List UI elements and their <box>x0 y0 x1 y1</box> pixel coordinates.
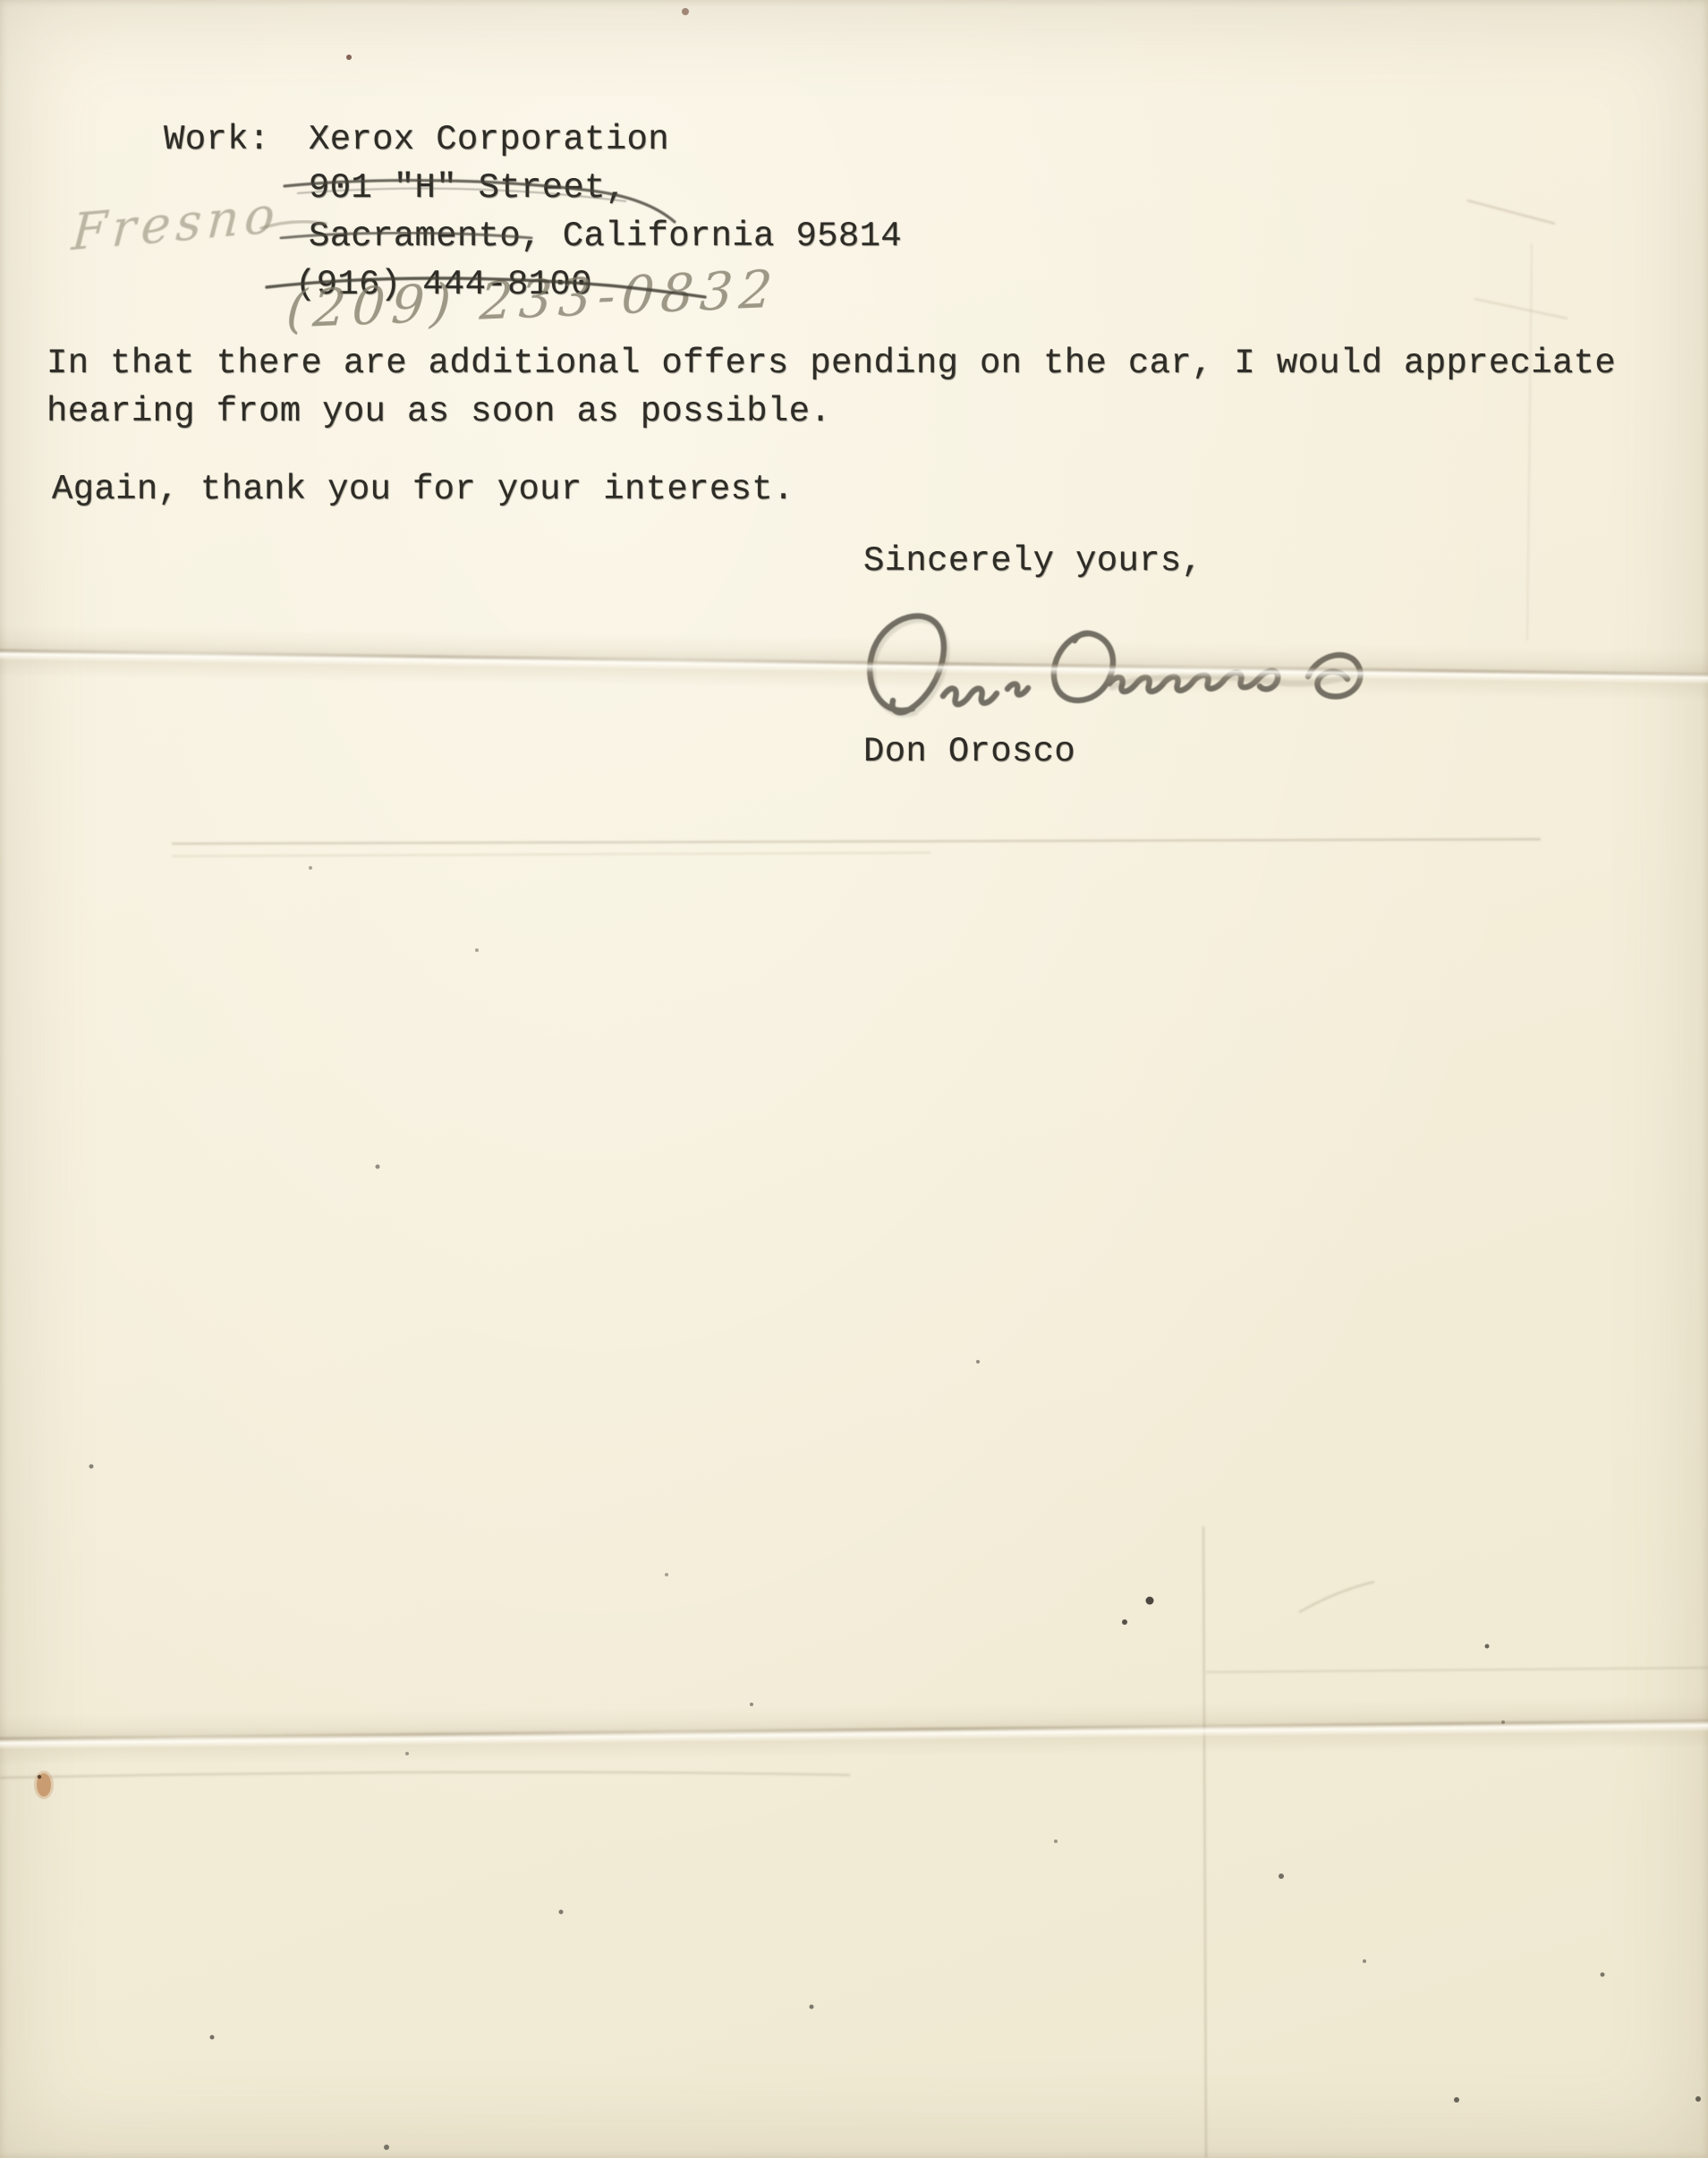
body-paragraph1-line2: hearing from you as soon as possible. <box>47 391 831 432</box>
handwritten-location: Fresno <box>70 186 282 263</box>
fold-crease-bottom <box>0 1696 1708 1766</box>
body-paragraph1-line1: In that there are additional offers pend… <box>47 343 1616 384</box>
company-name: Xerox Corporation <box>309 119 669 160</box>
fold-crease-top <box>0 624 1708 701</box>
city-state-zip: California 95814 <box>563 217 902 256</box>
stain-spot <box>34 1771 54 1799</box>
work-label: Work: <box>164 119 270 160</box>
street-address-struck: 901 "H" Street, <box>309 167 627 208</box>
city-line: Sacramento,California 95814 <box>309 216 902 257</box>
body-paragraph2: Again, thank you for your interest. <box>52 469 795 510</box>
scanned-letter-page: Work: Xerox Corporation 901 "H" Street, … <box>0 0 1708 2158</box>
city-struck: Sacramento, <box>309 217 542 256</box>
paper-scratches <box>1299 200 1568 1612</box>
hand-marks-overlay <box>0 0 1708 2158</box>
closing-line: Sincerely yours, <box>863 540 1202 582</box>
typed-signature-name: Don Orosco <box>863 731 1075 772</box>
ghost-pressure-lines <box>0 243 1708 2158</box>
